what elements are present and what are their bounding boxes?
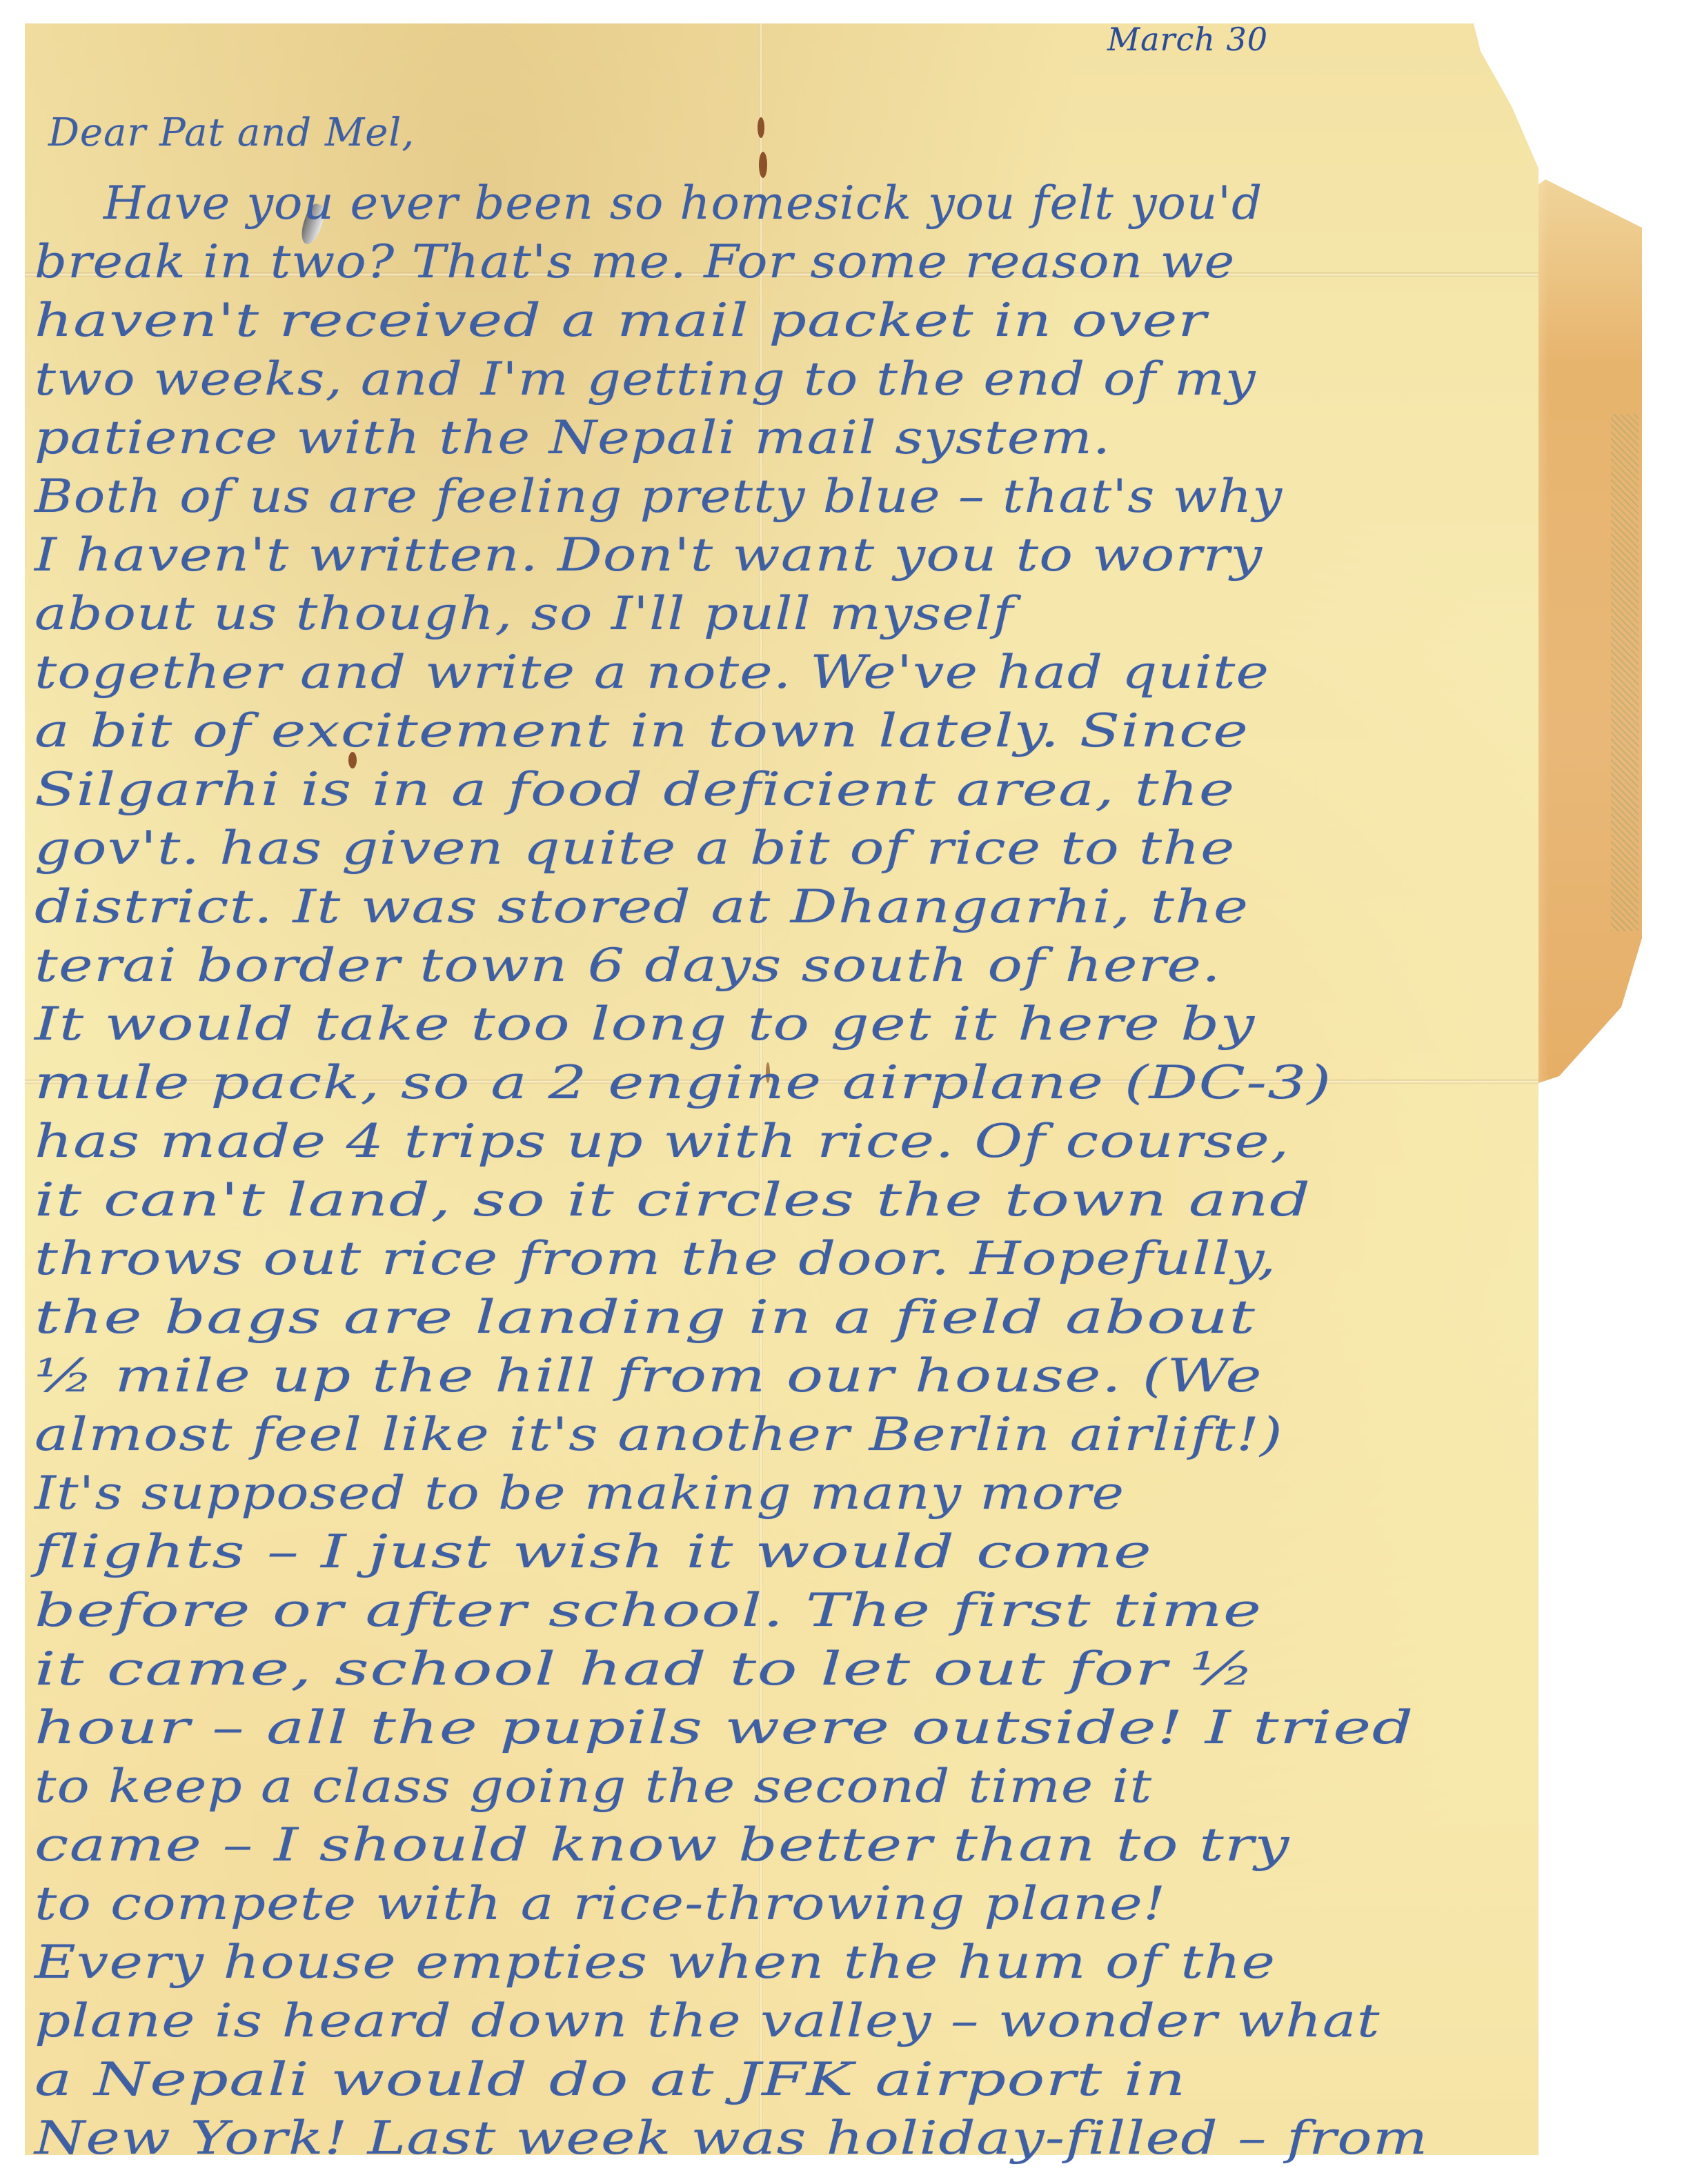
letter-line: to compete with a rice-throwing plane! bbox=[34, 1881, 1166, 1927]
rust-stain bbox=[758, 117, 764, 138]
letter-line: district. It was stored at Dhangarhi, th… bbox=[34, 884, 1249, 930]
letter-line: to keep a class going the second time it bbox=[34, 1764, 1152, 1809]
letter-line: haven't received a mail packet in over bbox=[34, 298, 1207, 344]
letter-line: Have you ever been so homesick you felt … bbox=[103, 181, 1263, 226]
letter-line: before or after school. The first time bbox=[34, 1588, 1263, 1634]
letter-line: Every house empties when the hum of the bbox=[34, 1940, 1276, 1985]
letter-line: gov't. has given quite a bit of rice to … bbox=[34, 826, 1236, 871]
letter-line: throws out rice from the door. Hopefully… bbox=[34, 1236, 1277, 1282]
letter-line: I haven't written. Don't want you to wor… bbox=[34, 533, 1263, 578]
letter-line: has made 4 trips up with rice. Of course… bbox=[34, 1119, 1289, 1164]
letter-line: the bags are landing in a field about bbox=[34, 1295, 1256, 1340]
letter-line: plane is heard down the valley – wonder … bbox=[34, 1998, 1381, 2044]
letter-line: Silgarhi is in a food deficient area, th… bbox=[34, 767, 1235, 813]
letter-line: flights – I just wish it would come bbox=[34, 1529, 1152, 1575]
letter-line: together and write a note. We've had qui… bbox=[34, 650, 1269, 695]
letter-line: terai border town 6 days south of here. bbox=[34, 943, 1221, 989]
letter-line: It would take too long to get it here by bbox=[34, 1002, 1255, 1047]
rust-stain bbox=[759, 152, 767, 178]
letter-line: break in two? That's me. For some reason… bbox=[34, 239, 1235, 285]
envelope-security-pattern bbox=[1611, 414, 1639, 931]
letter-date: March 30 bbox=[1107, 21, 1268, 58]
letter-line: came – I should know better than to try bbox=[34, 1823, 1290, 1868]
letter-salutation: Dear Pat and Mel, bbox=[48, 110, 415, 155]
letter-line: hour – all the pupils were outside! I tr… bbox=[34, 1705, 1414, 1751]
letter-line: almost feel like it's another Berlin air… bbox=[34, 1412, 1283, 1458]
letter-line: patience with the Nepali mail system. bbox=[34, 415, 1111, 461]
letter-line: ½ mile up the hill from our house. (We bbox=[34, 1353, 1263, 1399]
letter-line: a bit of excitement in town lately. Sinc… bbox=[34, 708, 1249, 754]
letter-line: mule pack, so a 2 engine airplane (DC-3) bbox=[34, 1060, 1332, 1106]
letter-line: It's supposed to be making many more bbox=[34, 1471, 1125, 1516]
letter-line: a Nepali would do at JFK airport in bbox=[34, 2057, 1187, 2103]
letter-line: about us though, so I'll pull myself bbox=[34, 591, 1014, 637]
letter-line: it came, school had to let out for ½ bbox=[34, 1647, 1256, 1692]
letter-line: New York! Last week was holiday-filled –… bbox=[34, 2116, 1428, 2161]
letter-line: it can't land, so it circles the town an… bbox=[34, 1178, 1311, 1223]
letter-line: Both of us are feeling pretty blue – tha… bbox=[34, 474, 1283, 519]
letter-line: two weeks, and I'm getting to the end of… bbox=[34, 357, 1256, 402]
